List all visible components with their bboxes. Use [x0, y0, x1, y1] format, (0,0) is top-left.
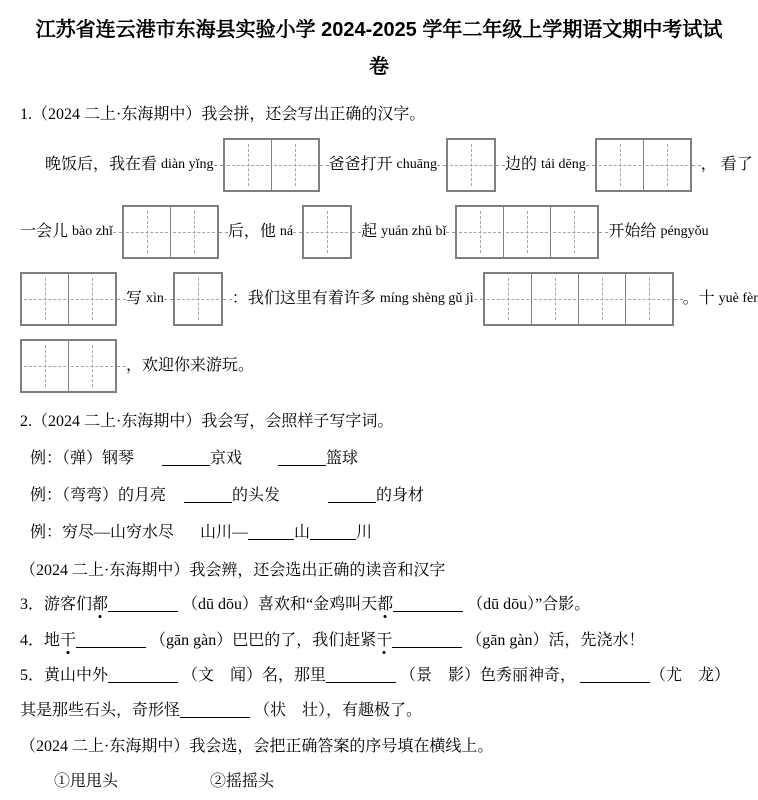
tianzige-cell	[531, 274, 578, 324]
q1-fill-line-3: 写 xìn ：我们这里有着许多 míng shèng gǔ jì 。十 yuè …	[20, 272, 738, 326]
writing-grid-2cell	[586, 138, 701, 192]
q2-row1-item2: 篮球	[326, 450, 358, 467]
option-2: ②摇摇头	[210, 773, 274, 790]
q1-line3-pinyin-2: míng shèng gǔ jì	[380, 291, 474, 308]
tianzige-cell	[457, 207, 503, 257]
answer-blank	[278, 462, 326, 466]
tianzige-box	[302, 205, 352, 259]
q1-line1-pinyin-1: diàn yǐng	[161, 157, 214, 174]
tianzige-box	[595, 138, 692, 192]
tianzige-box	[20, 339, 117, 393]
answer-blank	[328, 499, 376, 503]
q2-example-row-1: 例：（弹）钢琴京戏篮球	[20, 448, 738, 469]
answer-blank	[108, 679, 178, 683]
q1-line2-text-2: 后，他	[228, 222, 280, 241]
q4-text-1: 4．地	[20, 632, 60, 649]
q5-text-2: （文 闻）名，那里	[178, 667, 326, 684]
question-4: 4．地干 （gān gàn）巴巴的了，我们赶紧干 （gān gàn）活，先浇水！	[20, 630, 738, 651]
question-5-line-1: 5．黄山中外 （文 闻）名，那里 （景 影）色秀丽神奇， （尤 龙）	[20, 665, 738, 686]
tianzige-box	[20, 272, 117, 326]
answer-blank	[392, 644, 462, 648]
tianzige-cell	[304, 207, 350, 257]
q1-line1-text-3: 边的	[505, 155, 541, 174]
q1-line4-text-1: ，欢迎你来游玩。	[126, 356, 254, 375]
writing-grid-3cell	[446, 205, 608, 259]
answer-blank	[310, 536, 356, 540]
q1-line2-text-4: 开始给	[608, 222, 660, 241]
section-xuan-header: （2024 二上·东海期中）我会选，会把正确答案的序号填在横线上。	[20, 736, 738, 757]
q4-emphasized-char-1: 干	[60, 631, 76, 650]
answer-blank	[248, 536, 294, 540]
q2-row3-example: 例：穷尽—山穷水尽	[30, 524, 174, 541]
tianzige-cell	[597, 140, 643, 190]
q2-row1-example: 例：（弹）钢琴	[30, 450, 134, 467]
q4-text-2: （gān gàn）巴巴的了，我们赶紧	[146, 632, 376, 649]
q1-line2-text-1: 一会儿	[20, 222, 72, 241]
tianzige-cell	[170, 207, 217, 257]
q2-row3-item2: 川	[356, 524, 372, 541]
tianzige-cell	[550, 207, 597, 257]
tianzige-box	[173, 272, 223, 326]
tianzige-cell	[271, 140, 318, 190]
tianzige-cell	[485, 274, 531, 324]
q1-line1-text-2: 爸爸打开	[329, 155, 397, 174]
page-title: 江苏省连云港市东海县实验小学 2024-2025 学年二年级上学期语文期中考试试…	[20, 12, 738, 86]
tianzige-cell	[578, 274, 625, 324]
q2-row3-lead: 山川—	[200, 524, 248, 541]
tianzige-cell	[22, 341, 68, 391]
writing-grid-1cell	[293, 205, 361, 259]
answer-blank	[393, 608, 463, 612]
writing-grid-1cell	[164, 272, 232, 326]
tianzige-cell	[225, 140, 271, 190]
tianzige-cell	[643, 140, 690, 190]
writing-grid-4cell	[474, 272, 683, 326]
exam-paper: 江苏省连云港市东海县实验小学 2024-2025 学年二年级上学期语文期中考试试…	[0, 0, 758, 800]
q5-text-4: （尤 龙）	[650, 667, 730, 684]
q2-row1-item1: 京戏	[210, 450, 242, 467]
tianzige-cell	[503, 207, 550, 257]
tianzige-box	[455, 205, 599, 259]
tianzige-box	[122, 205, 219, 259]
writing-grid-2cell	[20, 339, 126, 393]
option-list: ①甩甩头②摇摇头	[20, 771, 738, 792]
q1-line3-pinyin-3: yuè fèn	[719, 291, 758, 308]
question-2-header: 2.（2024 二上·东海期中）我会写，会照样子写字词。	[20, 411, 738, 432]
q5-text-3: （景 影）色秀丽神奇，	[396, 667, 580, 684]
q2-row2-item1: 的头发	[232, 487, 280, 504]
title-line-2: 卷	[369, 56, 389, 78]
tianzige-cell	[124, 207, 170, 257]
q1-fill-line-2: 一会儿 bào zhǐ 后，他 ná 起 yuán zhū bǐ 开始给 pén…	[20, 205, 738, 259]
section-bian-header: （2024 二上·东海期中）我会辨，还会选出正确的读音和汉字	[20, 560, 738, 581]
answer-blank	[76, 644, 146, 648]
q1-fill-line-1: 晚饭后，我在看 diàn yǐng 爸爸打开 chuāng 边的 tái dēn…	[20, 138, 738, 192]
q1-line1-text-4: ， 看了	[701, 155, 753, 174]
writing-grid-2cell	[113, 205, 228, 259]
tianzige-cell	[175, 274, 221, 324]
writing-grid-1cell	[437, 138, 505, 192]
question-5-line-2: 其是那些石头，奇形怪 （状 壮），有趣极了。	[20, 700, 738, 721]
q1-line2-pinyin-3: yuán zhū bǐ	[381, 224, 446, 241]
q1-line3-text-1: 写	[126, 289, 146, 308]
q3-text-3: （dū dōu）”合影。	[463, 596, 590, 613]
q3-emphasized-char-1: 都	[92, 595, 108, 614]
tianzige-cell	[625, 274, 672, 324]
tianzige-cell	[68, 274, 115, 324]
q2-example-row-3: 例：穷尽—山穷水尽山川—山川	[20, 522, 738, 543]
q2-row3-item1: 山	[294, 524, 310, 541]
q1-line3-pinyin-1: xìn	[146, 291, 164, 308]
tianzige-box	[223, 138, 320, 192]
q1-line3-text-3: 。十	[683, 289, 719, 308]
q2-row2-example: 例：（弯弯）的月亮	[30, 487, 166, 504]
q1-line2-pinyin-1: bào zhǐ	[72, 224, 113, 241]
answer-blank	[162, 462, 210, 466]
q4-text-3: （gān gàn）活，先浇水！	[462, 632, 644, 649]
tianzige-box	[446, 138, 496, 192]
answer-blank	[108, 608, 178, 612]
answer-blank	[184, 499, 232, 503]
title-line-1: 江苏省连云港市东海县实验小学 2024-2025 学年二年级上学期语文期中考试试	[36, 19, 723, 41]
tianzige-cell	[68, 341, 115, 391]
q2-row2-item2: 的身材	[376, 487, 424, 504]
q5-text-1: 5．黄山中外	[20, 667, 108, 684]
writing-grid-2cell	[20, 272, 126, 326]
tianzige-cell	[22, 274, 68, 324]
q1-line2-text-3: 起	[361, 222, 381, 241]
tianzige-box	[483, 272, 674, 326]
q1-line1-text-1: 晚饭后，我在看	[45, 155, 161, 174]
q1-fill-line-4: ，欢迎你来游玩。	[20, 339, 738, 393]
q1-line2-pinyin-2: ná	[280, 224, 293, 241]
q5-text-5: 其是那些石头，奇形怪	[20, 702, 180, 719]
option-1: ①甩甩头	[54, 773, 118, 790]
answer-blank	[180, 714, 250, 718]
q3-text-2: （dū dōu）喜欢和“金鸡叫天	[178, 596, 377, 613]
q1-line2-pinyin-4: péngyǒu	[660, 224, 708, 241]
q2-example-row-2: 例：（弯弯）的月亮的头发的身材	[20, 485, 738, 506]
q4-emphasized-char-2: 干	[376, 631, 392, 650]
writing-grid-2cell	[214, 138, 329, 192]
q3-text-1: 3．游客们	[20, 596, 92, 613]
tianzige-cell	[448, 140, 494, 190]
q1-line1-pinyin-2: chuāng	[397, 157, 437, 174]
answer-blank	[580, 679, 650, 683]
q3-emphasized-char-2: 都	[377, 595, 393, 614]
answer-blank	[326, 679, 396, 683]
q5-text-6: （状 壮），有趣极了。	[250, 702, 422, 719]
question-3: 3．游客们都 （dū dōu）喜欢和“金鸡叫天都 （dū dōu）”合影。	[20, 594, 738, 615]
q1-line1-pinyin-3: tái dēng	[541, 157, 586, 174]
q1-line3-text-2: ：我们这里有着许多	[232, 289, 380, 308]
question-1-header: 1.（2024 二上·东海期中）我会拼，还会写出正确的汉字。	[20, 104, 738, 125]
